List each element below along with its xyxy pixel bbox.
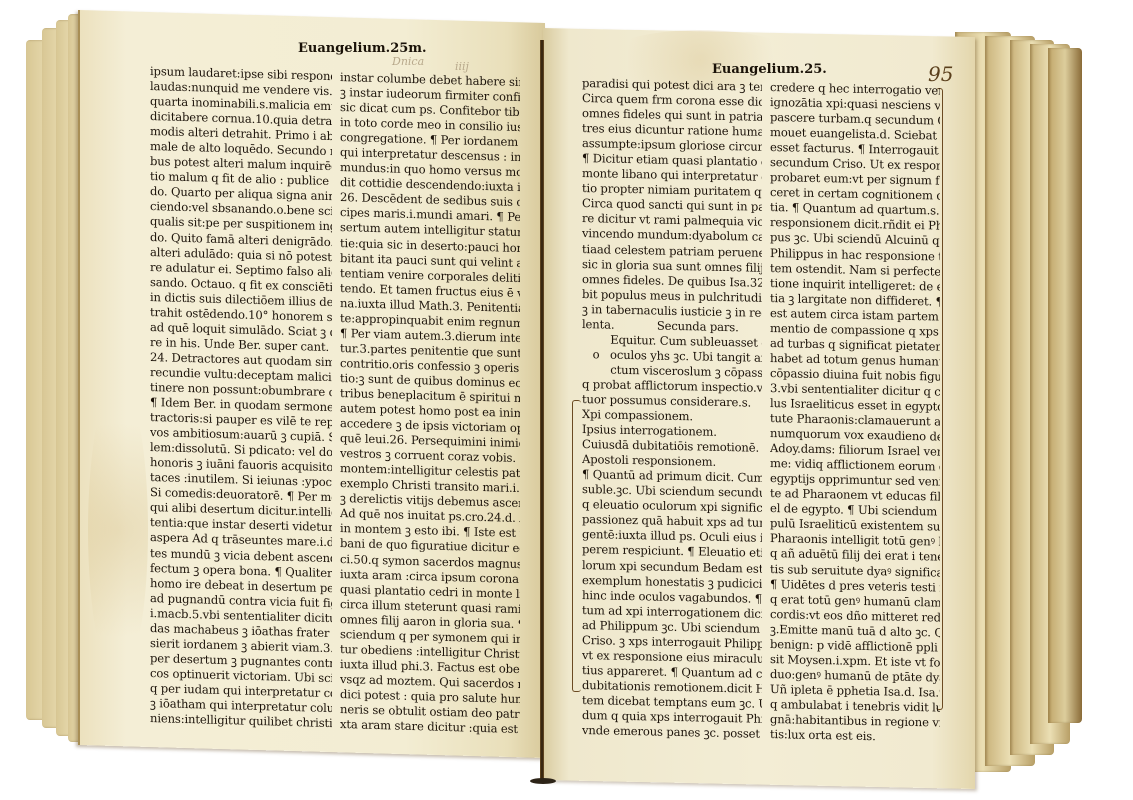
left-column-2: instar columbe debet habere simplicitatē… bbox=[340, 70, 520, 737]
leaf-edge bbox=[1048, 48, 1082, 723]
manuscript-bracket bbox=[572, 400, 581, 692]
running-head-right: Euangelium.25. bbox=[712, 62, 827, 77]
right-column-2: credere q hec interrogatio veniret ex ig… bbox=[770, 80, 940, 746]
spine-foot bbox=[530, 778, 556, 784]
running-head-left: Euangelium.25m. bbox=[298, 41, 427, 56]
book-gutter bbox=[540, 40, 544, 782]
left-column-1: ipsum laudaret:ipse sibi respondit. Quid… bbox=[150, 64, 332, 731]
pencil-note: iiij bbox=[455, 60, 469, 73]
paper-stain bbox=[88, 380, 148, 680]
pencil-note: Dnica bbox=[392, 55, 424, 68]
right-column-1: paradisi qui potest dici ara ꝫ templū de… bbox=[582, 76, 762, 742]
open-book-photo: Euangelium.25m. Dnica iiij Euangelium.25… bbox=[0, 0, 1133, 800]
